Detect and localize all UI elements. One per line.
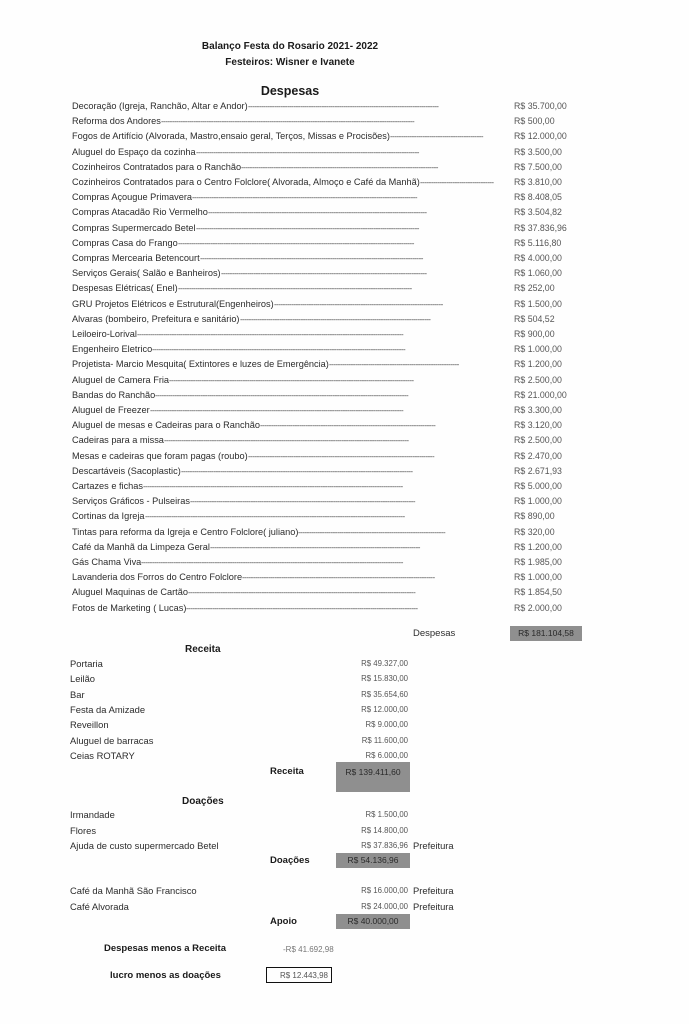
dotted-leader: ----------------------------------------…: [186, 601, 491, 616]
dotted-leader: ----------------------------------------…: [200, 251, 492, 266]
expense-row: Tintas para reforma da Igreja e Centro F…: [72, 525, 612, 540]
expense-amount: R$ 504,52: [514, 312, 555, 327]
apoio-item-amount: R$ 24.000,00: [318, 902, 408, 911]
receita-item-label: Leilão: [70, 673, 95, 684]
expense-row: Compras Atacadão Rio Vermelho-----------…: [72, 205, 612, 220]
receita-item-amount: R$ 9.000,00: [318, 720, 408, 729]
expense-amount: R$ 500,00: [514, 114, 555, 129]
expense-amount: R$ 3.300,00: [514, 403, 562, 418]
expense-row: Compras Supermercado Betel--------------…: [72, 221, 612, 236]
dotted-leader: ----------------------------------------…: [210, 540, 486, 555]
receita-heading: Receita: [185, 644, 221, 655]
expense-label: Fogos de Artifício (Alvorada, Mastro,ens…: [72, 129, 390, 144]
expense-row: Projetista- Marcio Mesquita( Extintores …: [72, 357, 612, 372]
expense-label: Aluguel Maquinas de Cartão: [72, 585, 188, 600]
expense-row: Café da Manhã da Limpeza Geral----------…: [72, 540, 612, 555]
doacao-item-label: Flores: [70, 825, 96, 836]
despesas-total: R$ 181.104,58: [510, 626, 582, 641]
expense-label: Projetista- Marcio Mesquita( Extintores …: [72, 357, 329, 372]
despesas-total-label: Despesas: [413, 628, 455, 639]
expense-label: Alvaras (bombeiro, Prefeitura e sanitári…: [72, 312, 240, 327]
expense-row: Aluguel de Camera Fria------------------…: [72, 373, 612, 388]
dotted-leader: ----------------------------------------…: [248, 449, 490, 464]
expense-label: Compras Supermercado Betel: [72, 221, 196, 236]
expense-label: Compras Mercearia Betencourt: [72, 251, 200, 266]
expense-row: Cozinheiros Contratados para o Ranchão--…: [72, 160, 612, 175]
expense-row: Despesas Elétricas( Enel)---------------…: [72, 281, 612, 296]
expense-label: Compras Atacadão Rio Vermelho: [72, 205, 208, 220]
dotted-leader: ----------------------------------------…: [169, 373, 492, 388]
expense-label: GRU Projetos Elétricos e Estrutural(Enge…: [72, 297, 274, 312]
expense-amount: R$ 4.000,00: [514, 251, 562, 266]
expense-amount: R$ 3.500,00: [514, 145, 562, 160]
doacoes-total-label: Doações: [270, 855, 310, 866]
expense-amount: R$ 2.470,00: [514, 449, 562, 464]
expense-label: Despesas Elétricas( Enel): [72, 281, 178, 296]
expense-row: Cozinheiros Contratados para o Centro Fo…: [72, 175, 612, 190]
receita-item-label: Bar: [70, 689, 85, 700]
despesas-menos-receita-value: -R$ 41.692,98: [283, 945, 334, 954]
expense-amount: R$ 900,00: [514, 327, 555, 342]
expense-row: Decoração (Igreja, Ranchão, Altar e Ando…: [72, 99, 612, 114]
dotted-leader: ----------------------------------------…: [143, 479, 488, 494]
dotted-leader: ----------------------------------------…: [221, 266, 491, 281]
expense-row: Gás Chama Viva--------------------------…: [72, 555, 612, 570]
despesas-menos-receita-label: Despesas menos a Receita: [104, 943, 226, 954]
expense-row: Lavanderia dos Forros do Centro Folclore…: [72, 570, 612, 585]
expense-amount: R$ 1.060,00: [514, 266, 562, 281]
dotted-leader: ----------------------------------------…: [152, 342, 488, 357]
expense-row: Compras Açougue Primavera---------------…: [72, 190, 612, 205]
dotted-leader: ----------------------------------------…: [240, 312, 488, 327]
expense-row: Fotos de Marketing ( Lucas)-------------…: [72, 601, 612, 616]
expense-amount: R$ 320,00: [514, 525, 555, 540]
expense-label: Leiloeiro-Lorival: [72, 327, 137, 342]
expense-label: Aluguel de mesas e Cadeiras para o Ranch…: [72, 418, 260, 433]
receita-item-amount: R$ 11.600,00: [318, 736, 408, 745]
doacao-item-label: Irmandade: [70, 809, 115, 820]
expense-row: Aluguel de mesas e Cadeiras para o Ranch…: [72, 418, 612, 433]
dotted-leader: ----------------------------------------…: [141, 555, 488, 570]
doacoes-heading: Doações: [182, 796, 224, 807]
document-title: Balanço Festa do Rosario 2021- 2022: [0, 41, 580, 52]
doacao-item-amount: R$ 1.500,00: [318, 810, 408, 819]
expense-amount: R$ 2.671,93: [514, 464, 562, 479]
expense-label: Cozinheiros Contratados para o Ranchão: [72, 160, 241, 175]
expense-amount: R$ 2.000,00: [514, 601, 562, 616]
dotted-leader: ----------------------------------------…: [190, 494, 486, 509]
receita-item-amount: R$ 49.327,00: [318, 659, 408, 668]
dotted-leader: ----------------------------------------…: [298, 525, 487, 540]
dotted-leader: ----------------------------------------…: [390, 129, 503, 144]
dotted-leader: ----------------------------------------…: [150, 403, 485, 418]
expense-label: Cortinas da Igreja: [72, 509, 145, 524]
expense-row: Reforma dos Andores---------------------…: [72, 114, 612, 129]
dotted-leader: ----------------------------------------…: [248, 99, 495, 114]
receita-item-label: Portaria: [70, 658, 103, 669]
doacao-item-note: Prefeitura: [413, 840, 454, 851]
expense-label: Cartazes e fichas: [72, 479, 143, 494]
apoio-total: R$ 40.000,00: [336, 914, 410, 929]
expense-row: Mesas e cadeiras que foram pagas (roubo)…: [72, 449, 612, 464]
receita-item-amount: R$ 6.000,00: [318, 751, 408, 760]
expense-row: Engenheiro Eletrico---------------------…: [72, 342, 612, 357]
expense-row: Alvaras (bombeiro, Prefeitura e sanitári…: [72, 312, 612, 327]
expense-row: Cortinas da Igreja----------------------…: [72, 509, 612, 524]
apoio-total-label: Apoio: [270, 916, 297, 927]
dotted-leader: ----------------------------------------…: [137, 327, 490, 342]
expense-label: Café da Manhã da Limpeza Geral: [72, 540, 210, 555]
expense-amount: R$ 1.500,00: [514, 297, 562, 312]
doacao-item-amount: R$ 14.800,00: [318, 826, 408, 835]
expense-row: Cartazes e fichas-----------------------…: [72, 479, 612, 494]
expense-row: Descartáveis (Sacoplastic)--------------…: [72, 464, 612, 479]
expense-row: Cadeiras para a missa ------------------…: [72, 433, 612, 448]
apoio-item-amount: R$ 16.000,00: [318, 886, 408, 895]
dotted-leader: ----------------------------------------…: [178, 236, 490, 251]
expense-label: Reforma dos Andores: [72, 114, 161, 129]
receita-item-label: Aluguel de barracas: [70, 735, 153, 746]
apoio-item-note: Prefeitura: [413, 885, 454, 896]
expense-amount: R$ 5.000,00: [514, 479, 562, 494]
dotted-leader: ----------------------------------------…: [145, 509, 490, 524]
dotted-leader: ----------------------------------------…: [241, 160, 497, 175]
expense-amount: R$ 37.836,96: [514, 221, 567, 236]
expense-amount: R$ 2.500,00: [514, 373, 562, 388]
expense-label: Tintas para reforma da Igreja e Centro F…: [72, 525, 298, 540]
dotted-leader: ----------------------------------------…: [155, 388, 489, 403]
expense-row: Aluguel do Espaço da cozinha------------…: [72, 145, 612, 160]
receita-total: R$ 139.411,60: [336, 762, 410, 792]
expense-amount: R$ 3.120,00: [514, 418, 562, 433]
expense-row: Bandas do Ranchão-----------------------…: [72, 388, 612, 403]
expense-label: Aluguel de Freezer: [72, 403, 150, 418]
expense-amount: R$ 890,00: [514, 509, 555, 524]
expense-amount: R$ 1.200,00: [514, 540, 562, 555]
receita-item-amount: R$ 35.654,60: [318, 690, 408, 699]
expense-amount: R$ 1.000,00: [514, 494, 562, 509]
receita-item-label: Ceias ROTARY: [70, 750, 135, 761]
expense-row: Compras Casa do Frango------------------…: [72, 236, 612, 251]
dotted-leader: ----------------------------------------…: [329, 357, 492, 372]
dotted-leader: ----------------------------------------…: [260, 418, 488, 433]
expense-row: Leiloeiro-Lorival-----------------------…: [72, 327, 612, 342]
expense-amount: R$ 5.116,80: [514, 236, 561, 251]
dotted-leader: ----------------------------------------…: [188, 585, 486, 600]
expense-label: Aluguel de Camera Fria: [72, 373, 169, 388]
dotted-leader: ----------------------------------------…: [274, 297, 491, 312]
dotted-leader: ----------------------------------: [420, 175, 505, 190]
despesas-heading: Despesas: [0, 84, 580, 98]
expense-amount: R$ 21.000,00: [514, 388, 567, 403]
dotted-leader: ----------------------------------------…: [208, 205, 494, 220]
doacoes-total: R$ 54.136,96: [336, 853, 410, 868]
expense-label: Serviços Gerais( Salão e Banheiros): [72, 266, 221, 281]
expense-label: Cadeiras para a missa: [72, 433, 164, 448]
expense-label: Lavanderia dos Forros do Centro Folclore: [72, 570, 242, 585]
expense-label: Descartáveis (Sacoplastic): [72, 464, 181, 479]
dotted-leader: ----------------------------------------…: [178, 281, 486, 296]
expense-label: Decoração (Igreja, Ranchão, Altar e Ando…: [72, 99, 248, 114]
doacao-item-label: Ajuda de custo supermercado Betel: [70, 840, 219, 851]
lucro-value: R$ 12.443,98: [266, 967, 332, 983]
expense-amount: R$ 7.500,00: [514, 160, 562, 175]
dotted-leader: ----------------------------------------…: [196, 221, 489, 236]
expense-amount: R$ 252,00: [514, 281, 555, 296]
receita-item-amount: R$ 15.830,00: [318, 674, 408, 683]
expense-row: Aluguel Maquinas de Cartão--------------…: [72, 585, 612, 600]
expense-row: Fogos de Artifício (Alvorada, Mastro,ens…: [72, 129, 612, 144]
dotted-leader: ----------------------------------------…: [242, 570, 492, 585]
expense-label: Gás Chama Viva: [72, 555, 141, 570]
receita-item-label: Reveillon: [70, 719, 109, 730]
receita-item-amount: R$ 12.000,00: [318, 705, 408, 714]
dotted-leader: ----------------------------------------…: [196, 145, 488, 160]
expense-row: Serviços Gráficos - Pulseiras ----------…: [72, 494, 612, 509]
expense-row: Aluguel de Freezer----------------------…: [72, 403, 612, 418]
apoio-item-note: Prefeitura: [413, 901, 454, 912]
expense-label: Fotos de Marketing ( Lucas): [72, 601, 186, 616]
document-subtitle: Festeiros: Wisner e Ivanete: [0, 57, 580, 68]
expense-label: Cozinheiros Contratados para o Centro Fo…: [72, 175, 420, 190]
expense-label: Engenheiro Eletrico: [72, 342, 152, 357]
dotted-leader: ----------------------------------------…: [161, 114, 497, 129]
apoio-item-label: Café da Manhã São Francisco: [70, 885, 197, 896]
expense-amount: R$ 3.810,00: [514, 175, 562, 190]
expense-row: Compras Mercearia Betencourt------------…: [72, 251, 612, 266]
apoio-item-label: Café Alvorada: [70, 901, 129, 912]
expense-amount: R$ 35.700,00: [514, 99, 567, 114]
receita-total-label: Receita: [270, 766, 304, 777]
expense-label: Serviços Gráficos - Pulseiras: [72, 494, 190, 509]
expense-amount: R$ 1.000,00: [514, 570, 562, 585]
expense-label: Compras Casa do Frango: [72, 236, 178, 251]
expense-amount: R$ 12.000,00: [514, 129, 567, 144]
doacao-item-amount: R$ 37.836,96: [318, 841, 408, 850]
expense-amount: R$ 1.000,00: [514, 342, 562, 357]
expense-row: Serviços Gerais( Salão e Banheiros)-----…: [72, 266, 612, 281]
expense-amount: R$ 1.854,50: [514, 585, 562, 600]
dotted-leader: ----------------------------------------…: [192, 190, 489, 205]
receita-item-label: Festa da Amizade: [70, 704, 145, 715]
expense-amount: R$ 1.985,00: [514, 555, 562, 570]
expense-amount: R$ 3.504,82: [514, 205, 562, 220]
expense-amount: R$ 8.408,05: [514, 190, 562, 205]
expense-label: Aluguel do Espaço da cozinha: [72, 145, 196, 160]
expense-row: GRU Projetos Elétricos e Estrutural(Enge…: [72, 297, 612, 312]
expense-amount: R$ 1.200,00: [514, 357, 562, 372]
dotted-leader: ----------------------------------------…: [164, 433, 488, 448]
expense-label: Compras Açougue Primavera: [72, 190, 192, 205]
dotted-leader: ----------------------------------------…: [181, 464, 487, 479]
lucro-label: lucro menos as doações: [110, 970, 221, 981]
expense-amount: R$ 2.500,00: [514, 433, 562, 448]
expense-label: Bandas do Ranchão: [72, 388, 155, 403]
expense-label: Mesas e cadeiras que foram pagas (roubo): [72, 449, 248, 464]
